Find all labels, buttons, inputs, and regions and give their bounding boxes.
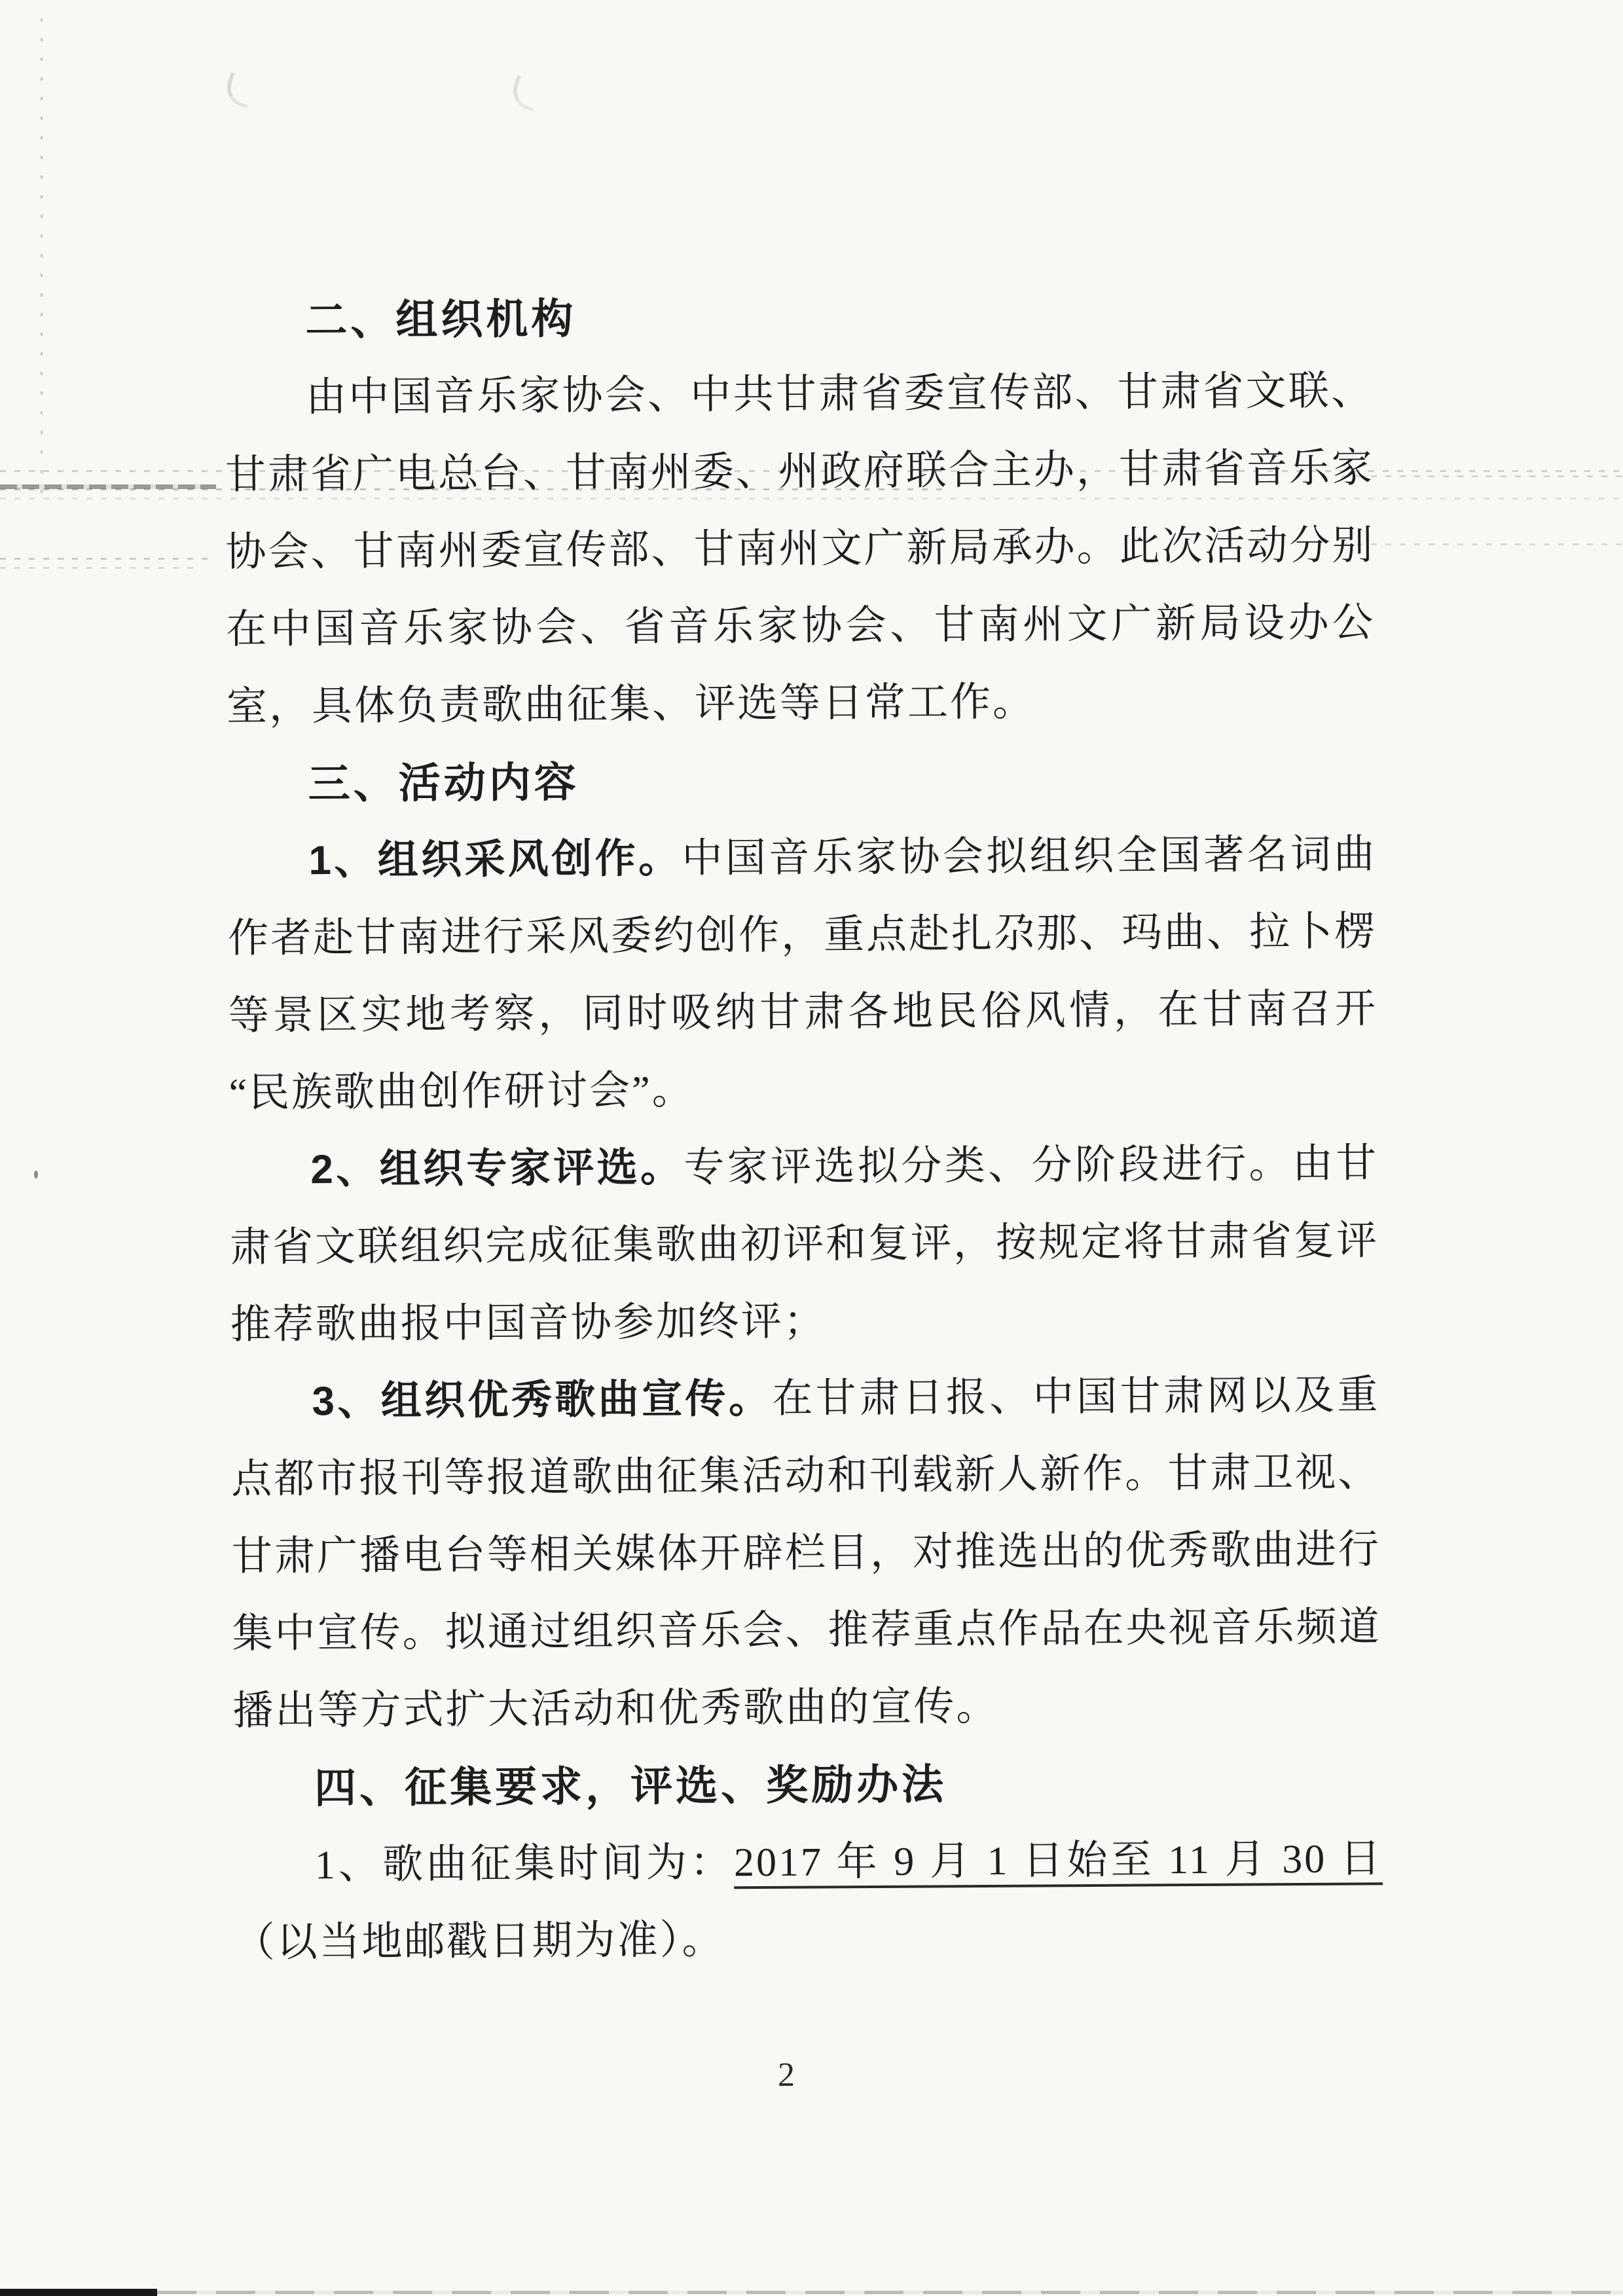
page-number: 2 — [778, 2056, 795, 2095]
text-line: 协会、甘南州委宣传部、甘南州文广新局承办。此次活动分别 — [225, 507, 1375, 591]
text-run: 二、组织机构 — [305, 295, 576, 344]
scan-smudge — [508, 75, 542, 111]
text-line: 3、组织优秀歌曲宣传。在甘肃日报、中国甘肃网以及重 — [230, 1357, 1380, 1441]
scanned-document-page: 二、组织机构由中国音乐家协会、中共甘肃省委宣传部、甘肃省文联、甘肃省广电总台、甘… — [0, 0, 1623, 2296]
text-line: （以当地邮戳日期为准）。 — [234, 1897, 1383, 1982]
text-run: 集中宣传。拟通过组织音乐会、推荐重点作品在央视音乐频道 — [232, 1605, 1381, 1656]
heading-line: 四、征集要求，评选、奖励办法 — [233, 1743, 1383, 1827]
text-run: “民族歌曲创作研讨会”。 — [228, 1068, 694, 1116]
text-line: 1、歌曲征集时间为：2017 年 9 月 1 日始至 11 月 30 日止 — [233, 1820, 1383, 1904]
text-run: 点都市报刊等报道歌曲征集活动和刊载新人新作。甘肃卫视、 — [231, 1450, 1380, 1502]
text-run: 播出等方式扩大活动和优秀歌曲的宣传。 — [232, 1685, 998, 1734]
text-line: 集中宣传。拟通过组织音乐会、推荐重点作品在央视音乐频道 — [232, 1588, 1381, 1673]
text-run: 中国音乐家协会拟组织全国著名词曲 — [682, 832, 1376, 881]
text-line: 推荐歌曲报中国音协参加终评； — [230, 1279, 1379, 1364]
text-run: 肃省文联组织完成征集歌曲初评和复评，按规定将甘肃省复评 — [230, 1218, 1379, 1270]
scan-noise-band — [1342, 475, 1623, 477]
text-line: “民族歌曲创作研讨会”。 — [228, 1048, 1378, 1132]
text-run: 四、征集要求，评选、奖励办法 — [314, 1760, 947, 1812]
text-line: 甘肃省广电总台、甘南州委、州政府联合主办，甘肃省音乐家 — [225, 429, 1375, 514]
document-text-block: 二、组织机构由中国音乐家协会、中共甘肃省委宣传部、甘肃省文联、甘肃省广电总台、甘… — [224, 275, 1383, 1982]
heading-line: 二、组织机构 — [224, 275, 1374, 359]
text-run: 2、组织专家评选。 — [310, 1145, 684, 1192]
text-line: 等景区实地考察，同时吸纳甘肃各地民俗风情，在甘南召开 — [228, 970, 1378, 1055]
text-run: 协会、甘南州委宣传部、甘南州文广新局承办。此次活动分别 — [225, 523, 1374, 575]
text-run: 甘肃广播电台等相关媒体开辟栏目，对推选出的优秀歌曲进行 — [232, 1527, 1381, 1579]
text-line: 作者赴甘南进行采风委约创作，重点赴扎尕那、玛曲、拉卜楞 — [228, 893, 1377, 977]
heading-line: 三、活动内容 — [227, 738, 1376, 823]
text-run: 3、组织优秀歌曲宣传。 — [312, 1376, 772, 1424]
text-line: 点都市报刊等报道歌曲征集活动和刊载新人新作。甘肃卫视、 — [231, 1434, 1381, 1518]
scan-binder-dotted-line — [41, 18, 43, 506]
scan-speck — [34, 1171, 38, 1178]
text-run: 1、歌曲征集时间为： — [315, 1840, 735, 1887]
text-run: （以当地邮戳日期为准）。 — [234, 1918, 724, 1965]
text-line: 肃省文联组织完成征集歌曲初评和复评，按规定将甘肃省复评 — [230, 1202, 1379, 1286]
text-run: 推荐歌曲报中国音协参加终评； — [230, 1299, 826, 1347]
text-run: 甘肃省广电总台、甘南州委、州政府联合主办，甘肃省音乐家 — [225, 446, 1374, 498]
scan-smudge — [222, 72, 256, 108]
text-run: 专家评选拟分类、分阶段进行。由甘 — [684, 1141, 1378, 1190]
text-run: 室，具体负责歌曲征集、评选等日常工作。 — [227, 680, 1035, 729]
text-line: 播出等方式扩大活动和优秀歌曲的宣传。 — [232, 1666, 1382, 1750]
text-line: 由中国音乐家协会、中共甘肃省委宣传部、甘肃省文联、 — [225, 352, 1374, 437]
scan-noise-band — [0, 567, 196, 569]
text-line: 在中国音乐家协会、省音乐家协会、甘南州文广新局设办公 — [226, 584, 1376, 668]
scan-noise-band — [0, 558, 216, 560]
scan-edge-strip — [0, 2289, 157, 2296]
scan-edge-strip-faint — [157, 2291, 1623, 2294]
text-run: 在甘肃日报、中国甘肃网以及重 — [772, 1373, 1380, 1421]
text-run: 在中国音乐家协会、省音乐家协会、甘南州文广新局设办公 — [226, 600, 1375, 652]
text-line: 1、组织采风创作。中国音乐家协会拟组织全国著名词曲 — [227, 816, 1377, 900]
text-run: 等景区实地考察，同时吸纳甘肃各地民俗风情，在甘南召开 — [228, 987, 1377, 1038]
text-run: 1、组织采风创作。 — [308, 836, 682, 883]
text-run: 三、活动内容 — [308, 759, 579, 808]
text-line: 2、组织专家评选。专家评选拟分类、分阶段进行。由甘 — [229, 1125, 1379, 1209]
scan-noise-band — [1342, 543, 1623, 545]
text-run: 由中国音乐家协会、中共甘肃省委宣传部、甘肃省文联、 — [306, 369, 1374, 420]
text-run: 作者赴甘南进行采风委约创作，重点赴扎尕那、玛曲、拉卜楞 — [228, 909, 1377, 961]
text-line: 室，具体负责歌曲征集、评选等日常工作。 — [227, 661, 1376, 746]
text-line: 甘肃广播电台等相关媒体开辟栏目，对推选出的优秀歌曲进行 — [232, 1511, 1381, 1595]
